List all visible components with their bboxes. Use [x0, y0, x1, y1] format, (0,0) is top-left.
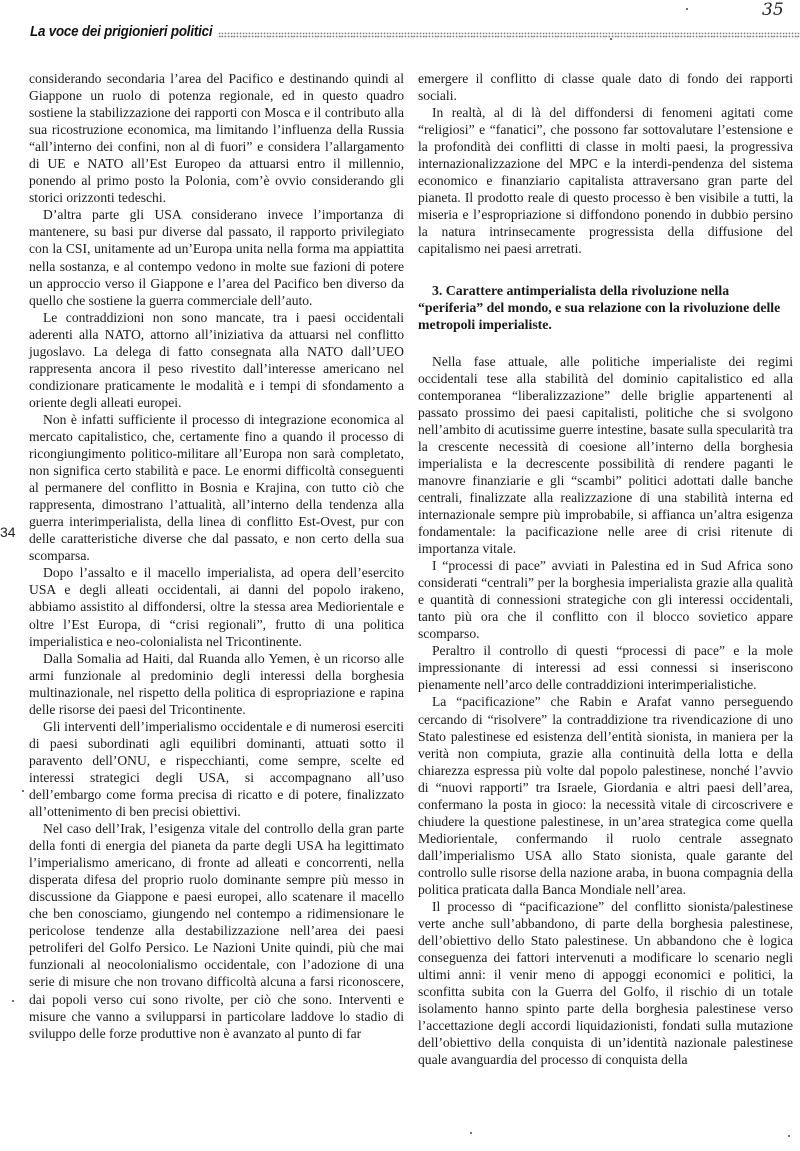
scan-speck	[12, 1000, 14, 1002]
running-title: La voce dei prigionieri politici	[30, 24, 212, 40]
paragraph: In realtà, al di là del diffondersi di f…	[418, 104, 793, 257]
scan-speck	[350, 690, 352, 692]
paragraph: I “processi di pace” avviati in Palestin…	[418, 557, 793, 642]
paragraph: Gli interventi dell’imperialismo occiden…	[29, 718, 404, 820]
page-number: 34	[0, 524, 16, 540]
paragraph: Non è infatti sufficiente il processo di…	[29, 411, 404, 564]
handwritten-page-note: 35	[762, 0, 784, 20]
paragraph: La “pacificazione” che Rabin e Arafat va…	[418, 693, 793, 898]
scan-speck	[22, 790, 24, 792]
paragraph: D’altra parte gli USA considerano invece…	[29, 206, 404, 308]
running-header: La voce dei prigionieri politici	[30, 18, 800, 40]
right-column: emergere il conflitto di classe quale da…	[418, 70, 793, 1068]
paragraph: Il processo di “pacificazione” del confl…	[418, 898, 793, 1068]
header-dotted-rule	[218, 32, 800, 38]
paragraph: Nella fase attuale, alle politiche imper…	[418, 353, 793, 558]
section-heading: 3. Carattere antimperialista della rivol…	[418, 282, 793, 333]
paragraph: Dalla Somalia ad Haiti, dal Ruanda allo …	[29, 650, 404, 718]
paragraph: Le contraddizioni non sono mancate, tra …	[29, 309, 404, 411]
left-column: considerando secondaria l’area del Pacif…	[29, 70, 404, 1042]
scan-speck	[686, 8, 688, 10]
paragraph: Dopo l’assalto e il macello imperialista…	[29, 564, 404, 649]
paragraph: Peraltro il controllo di questi “process…	[418, 642, 793, 693]
paragraph: emergere il conflitto di classe quale da…	[418, 70, 793, 104]
scan-speck	[788, 1135, 790, 1137]
scan-speck	[470, 1132, 472, 1134]
scan-speck	[610, 38, 612, 40]
paragraph: Nel caso dell’Irak, l’esigenza vitale de…	[29, 820, 404, 1042]
paragraph: considerando secondaria l’area del Pacif…	[29, 70, 404, 206]
